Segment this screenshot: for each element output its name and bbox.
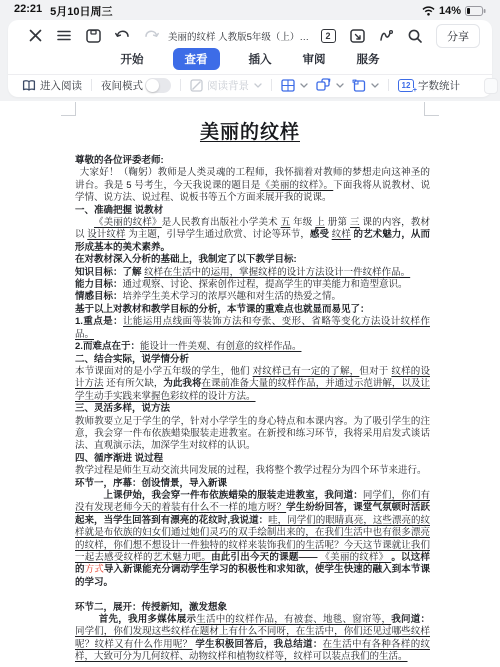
toolbar: 美丽的纹样 人教版5年级（上）.docx 2 分享 开始查看插入审阅服务 进入阅… — [8, 20, 492, 97]
text-run: 三、灵活多样，说方法 — [75, 403, 170, 414]
paragraph[interactable]: 能力目标：通过观察、讨论、探索创作过程，提高学生的审美能力和造型意识。 — [75, 279, 430, 291]
divider — [180, 79, 181, 91]
share-button[interactable]: 分享 — [436, 24, 480, 48]
multi-window-icon[interactable]: 2 — [315, 26, 341, 46]
paragraph[interactable]: 《美丽的纹样》是人民教育出版社小学美术 五 年级 上 册第 三 课的内容，教材以… — [75, 217, 430, 254]
plus-glyph: + — [413, 88, 417, 94]
paragraph[interactable]: 大家好！（鞠躬）教师是人类灵魂的工程师，我怀揣着对教师的梦想走向这神圣的讲台。我… — [75, 167, 430, 204]
close-button[interactable] — [22, 26, 48, 46]
paragraph[interactable]: 知识目标：了解 纹样在生活中的运用，掌握纹样的设计方法设计一件纹样作品。 — [75, 267, 430, 279]
text-run: 基于以上对教材和教学目标的分析，本节课的重难点也就显而易见了： — [75, 304, 370, 315]
text-run: 知识目标： — [75, 267, 123, 278]
paragraph[interactable]: 首先，我用多媒体展示生活中的纹样作品，有被套、地毯、窗帘等，我问道：同学们，你们… — [75, 614, 430, 664]
paragraph[interactable]: 一、准确把握 说教材 — [75, 205, 430, 217]
text-run: 方式 — [85, 564, 104, 575]
text-run: 为此我将 — [163, 378, 201, 389]
wifi-icon — [422, 6, 435, 16]
text-run: 五 — [281, 217, 291, 228]
text-run: 通过观察、讨论、探索创作过程，提高学生的审美能力和造型意识。 — [123, 279, 408, 290]
text-run: 年级 — [290, 217, 315, 228]
tab-bar: 开始查看插入审阅服务 — [8, 47, 492, 71]
text-run: 四、循序渐进 说过程 — [75, 453, 163, 464]
text-run: 1. — [75, 316, 83, 327]
text-run: 对纹样已有一定的了解， — [253, 366, 360, 377]
night-mode-toggle[interactable] — [145, 78, 171, 93]
divider — [388, 79, 389, 91]
text-run: 由此引出今天的课题—— — [211, 552, 320, 563]
text-run: 设计纹样 — [87, 229, 125, 240]
paragraph[interactable]: 基于以上对教材和教学目标的分析，本节课的重难点也就显而易见了： — [75, 304, 430, 316]
chevron-down-icon — [371, 83, 379, 88]
paragraph[interactable]: 本节课面对的是小学五年级的学生，他们 对纹样已有一定的了解，但对于 纹样的设计方… — [75, 366, 430, 403]
text-run: 册第 — [325, 217, 350, 228]
text-run: 上课伊始，我会穿一件布依族蜡染的服装走进教室，我问道： — [104, 490, 363, 501]
text-run: 纹样在生活中的运用，掌握纹样的设计方法设计一件纹样作品。 — [144, 267, 410, 278]
tab-insert[interactable]: 插入 — [247, 48, 274, 70]
word-count-badge-number: 12 — [402, 81, 411, 90]
text-run: 生活中的纹样作品，有被套、地毯、窗帘等， — [196, 614, 391, 625]
paragraph[interactable]: 1.重点是：让能运用点线面等装饰方法和夸张、变形、省略等变化方法设计纹样作品。 — [75, 316, 430, 341]
undo-icon[interactable] — [109, 26, 135, 46]
paragraph[interactable]: 教学过程是师生互动交流共同发展的过程，我将整个教学过程分为四个环节来进行。 — [75, 465, 430, 477]
enter-reading-button[interactable]: 进入阅读 — [22, 78, 82, 93]
night-mode-label: 夜间模式 — [101, 78, 143, 93]
text-run: 还有所欠缺， — [104, 378, 164, 389]
tab-review[interactable]: 审阅 — [301, 48, 328, 70]
battery-percent: 14% — [439, 5, 461, 17]
status-bar: 22:21 5月10日周三 14% — [0, 0, 500, 20]
text-run: 纹样 — [332, 229, 351, 240]
paragraph[interactable]: 尊敬的各位评委老师: — [75, 155, 430, 167]
paragraph[interactable]: 二、结合实际，说学情分析 — [75, 354, 430, 366]
tab-start[interactable]: 开始 — [119, 48, 146, 70]
text-run: 能设计一件美观、有创意的纹样作品。 — [140, 341, 302, 352]
page-flip-icon — [352, 79, 366, 92]
chevron-down-icon — [254, 83, 262, 88]
paragraph[interactable]: 上课伊始，我会穿一件布依族蜡染的服装走进教室，我问道：同学们，你们有没有发现老师… — [75, 490, 430, 589]
save-icon[interactable] — [80, 26, 106, 46]
tab-view[interactable]: 查看 — [173, 48, 220, 70]
paragraph[interactable] — [75, 589, 430, 601]
text-run: 《美丽的纹样》。 — [260, 180, 333, 191]
text-run: 而难点在于： — [83, 341, 140, 352]
shapes-icon — [316, 78, 331, 92]
text-run: 二、结合实际，说学情分析 — [75, 354, 189, 365]
text-run: 了解 — [123, 267, 145, 278]
paragraph[interactable]: 2.而难点在于：能设计一件美观、有创意的纹样作品。 — [75, 341, 430, 353]
grid-icon — [281, 79, 295, 92]
reading-background-button[interactable]: 阅读背景 — [190, 78, 262, 93]
partial-toolbar-item[interactable] — [484, 78, 498, 94]
text-run: 让能运用点线面等装饰方法和夸张、变形、省略等变化方法设计纹样作品。 — [75, 316, 430, 339]
document-filename: 美丽的纹样 人教版5年级（上）.docx — [164, 29, 315, 43]
document-body[interactable]: 尊敬的各位评委老师:大家好！（鞠躬）教师是人类灵魂的工程师，我怀揣着对教师的梦想… — [75, 155, 430, 664]
open-book-icon — [22, 79, 36, 92]
paragraph[interactable]: 三、灵活多样，说方法 — [75, 403, 430, 415]
text-run: 重点是： — [83, 316, 123, 327]
document-page[interactable]: 美丽的纹样 尊敬的各位评委老师:大家好！（鞠躬）教师是人类灵魂的工程师，我怀揣着… — [0, 101, 500, 667]
text-run: 三 — [350, 217, 360, 228]
text-run: 环节二，展开：传授新知，激发想象 — [75, 602, 227, 613]
text-run: 为主题，引导学生通过欣赏、讨论等环节， — [126, 229, 310, 240]
text-run: 一、准确把握 说教材 — [75, 205, 163, 216]
text-run: 教学过程是师生互动交流共同发展的过程，我将整个教学过程分为四个环节来进行。 — [75, 465, 427, 476]
text-run: 能力目标： — [75, 279, 123, 290]
toolbar-main-row: 美丽的纹样 人教版5年级（上）.docx 2 分享 — [8, 20, 492, 47]
redo-icon[interactable] — [138, 26, 164, 46]
reading-background-label: 阅读背景 — [207, 78, 249, 93]
battery-icon — [465, 6, 486, 16]
text-run: 教师教要立足于学生的学，针对小学学生的身心特点和本课内容。为了吸引学生的注意，我… — [75, 416, 430, 452]
paragraph[interactable]: 教师教要立足于学生的学，针对小学学生的身心特点和本课内容。为了吸引学生的注意，我… — [75, 416, 430, 453]
text-run: 导入新课能充分调动学生学习的积极性和求知欲，使学生快速的融入到本节课的学习。 — [75, 564, 430, 587]
text-run: 学生积极回答后，我总结道： — [195, 639, 322, 650]
paragraph[interactable]: 情感目标：培养学生美术学习的浓厚兴趣和对生活的热爱之情。 — [75, 291, 430, 303]
margin-mark-top-right — [424, 102, 439, 116]
status-time: 22:21 — [14, 3, 42, 19]
view-toolbar-row: 进入阅读 夜间模式 阅读背景 — [8, 74, 492, 97]
window-count: 2 — [321, 29, 336, 43]
document-heading[interactable]: 美丽的纹样 — [0, 117, 500, 144]
word-count-button[interactable]: 12 + 字数统计 — [398, 78, 460, 93]
text-run: 情感目标： — [75, 291, 123, 302]
paragraph[interactable]: 环节一，序幕：创设情景，导入新课 — [75, 478, 430, 490]
page-layout-button[interactable] — [352, 79, 379, 92]
paragraph[interactable]: 环节二，展开：传授新知，激发想象 — [75, 602, 430, 614]
text-run: 感受 — [310, 229, 332, 240]
tab-services[interactable]: 服务 — [355, 48, 382, 70]
chevron-down-icon — [300, 83, 308, 88]
text-run: 2. — [75, 341, 83, 352]
paragraph[interactable]: 在对教材深入分析的基础上，我制定了以下教学目标: — [75, 254, 430, 266]
text-run: 尊敬的各位评委老师: — [75, 155, 164, 166]
word-count-icon: 12 + — [398, 79, 414, 92]
signature-pen-icon[interactable] — [373, 26, 399, 46]
toggle-knob — [146, 79, 159, 92]
paragraph[interactable]: 四、循序渐进 说过程 — [75, 453, 430, 465]
text-run: 环节一，序幕：创设情景，导入新课 — [75, 478, 227, 489]
text-run: 我问道： — [391, 614, 430, 625]
margin-mark-top-left — [61, 102, 76, 116]
arrange-objects-button[interactable] — [316, 78, 344, 92]
enter-reading-label: 进入阅读 — [40, 78, 82, 93]
table-gridlines-button[interactable] — [281, 79, 308, 92]
text-run: 本节课面对的是小学五年级的学生，他们 — [75, 366, 253, 377]
status-date: 5月10日周三 — [50, 3, 112, 19]
word-count-label: 字数统计 — [418, 78, 460, 93]
divider — [91, 79, 92, 91]
divider — [271, 79, 272, 91]
text-run: 是人民教育出版社小学美术 — [162, 217, 281, 228]
text-run: 培养学生美术学习的浓厚兴趣和对生活的热爱之情。 — [123, 291, 342, 302]
fullscreen-icon[interactable] — [344, 26, 370, 46]
text-run: 在对教材深入分析的基础上，我制定了以下教学目标: — [75, 254, 297, 265]
menu-icon[interactable] — [51, 26, 77, 46]
text-run: 但对于 — [359, 366, 391, 377]
text-run: 《美丽的纹样》 — [320, 552, 391, 563]
text-run: 上 — [315, 217, 325, 228]
text-run: 《美丽的纹样》 — [94, 217, 162, 228]
background-slash-icon — [190, 79, 203, 92]
search-icon[interactable] — [402, 26, 428, 46]
chevron-down-icon — [336, 83, 344, 88]
text-run: 首先，我用多媒体展示 — [99, 614, 197, 625]
